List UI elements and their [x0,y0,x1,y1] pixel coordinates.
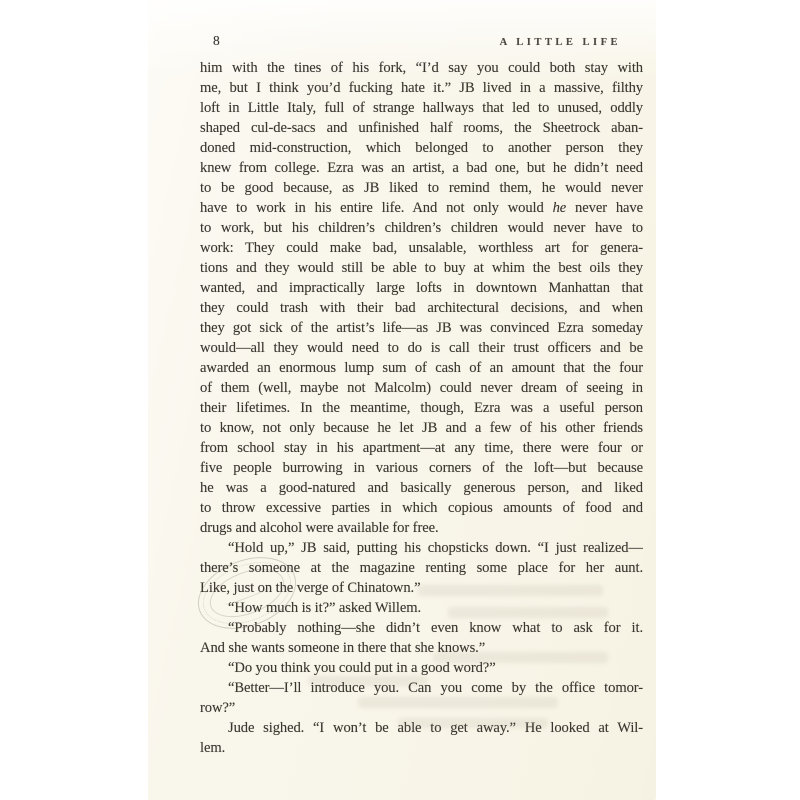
text-line: wanted, and impractically large lofts in… [200,278,643,298]
text-line: awarded an enormous lump sum of cash of … [200,358,643,378]
text-line: “Probably nothing—she didn’t even know w… [200,618,643,638]
book-page: 8 A LITTLE LIFE him with the tines of hi… [148,0,656,800]
text-line: row?” [200,698,643,718]
text-line: me, but I think you’d fucking hate it.” … [200,78,643,98]
text-line: to be good because, as JB liked to remin… [200,178,643,198]
text-line: “Hold up,” JB said, putting his chopstic… [200,538,643,558]
page-number: 8 [200,33,220,49]
text-line: there’s someone at the magazine renting … [200,558,643,578]
body-text: him with the tines of his fork, “I’d say… [200,58,643,758]
text-line: “Do you think you could put in a good wo… [200,658,643,678]
text-line: their lifetimes. In the meantime, though… [200,398,643,418]
text-line: they could trash with their bad architec… [200,298,643,318]
text-line: from school stay in his apartment—at any… [200,438,643,458]
text-line: loft in Little Italy, full of strange ha… [200,98,643,118]
text-line: work: They could make bad, unsalable, wo… [200,238,643,258]
text-line: Like, just on the verge of Chinatown.” [200,578,643,598]
text-line: shaped cul-de-sacs and unfinished half r… [200,118,643,138]
text-line: drugs and alcohol were available for fre… [200,518,643,538]
text-line: they got sick of the artist’s life—as JB… [200,318,643,338]
text-line: “Better—I’ll introduce you. Can you come… [200,678,643,698]
text-line: to throw excessive parties in which copi… [200,498,643,518]
text-line: of them (well, maybe not Malcolm) could … [200,378,643,398]
page-header: 8 A LITTLE LIFE [200,33,643,49]
text-line: have to work in his entire life. And not… [200,198,643,218]
book-page-photo: 8 A LITTLE LIFE him with the tines of hi… [0,0,800,800]
text-line: doned mid-construction, which belonged t… [200,138,643,158]
text-line: him with the tines of his fork, “I’d say… [200,58,643,78]
text-line: lem. [200,738,643,758]
text-line: And she wants someone in there that she … [200,638,643,658]
text-line: five people burrowing in various corners… [200,458,643,478]
text-line: he was a good-natured and basically gene… [200,478,643,498]
text-line: “How much is it?” asked Willem. [200,598,643,618]
text-line: knew from college. Ezra was an artist, a… [200,158,643,178]
text-line: tions and they would still be able to bu… [200,258,643,278]
running-head: A LITTLE LIFE [500,37,621,48]
text-line: to know, not only because he let JB and … [200,418,643,438]
text-line: to work, but his children’s children’s c… [200,218,643,238]
text-line: Jude sighed. “I won’t be able to get awa… [200,718,643,738]
text-line: would—all they would need to do is call … [200,338,643,358]
